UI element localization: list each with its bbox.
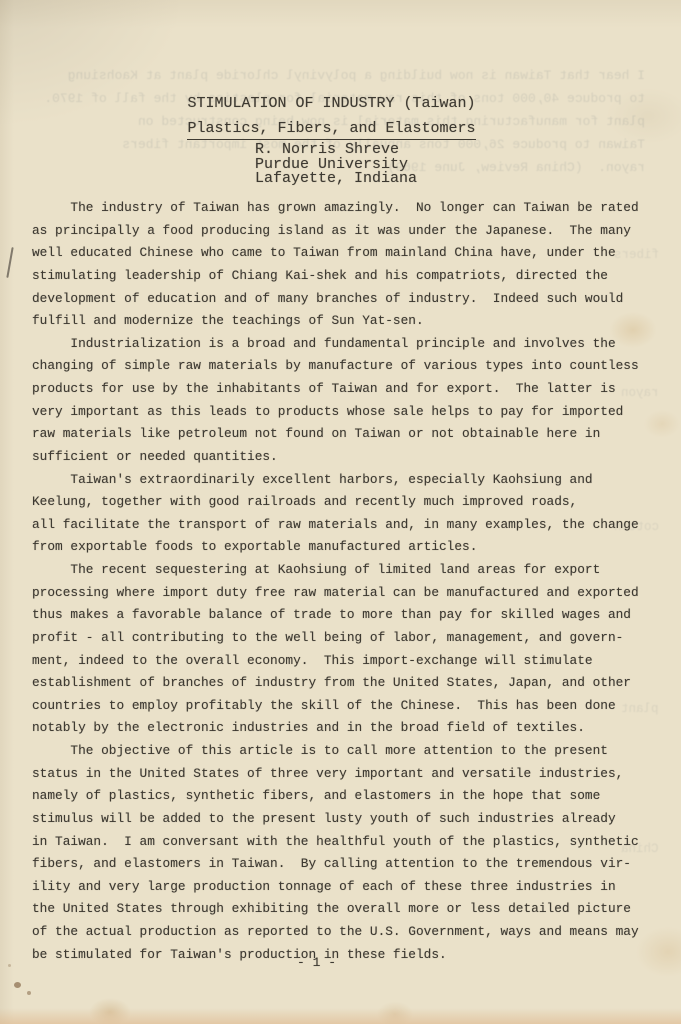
- bleedthrough-line: I hear that Taiwan is now building a pol…: [42, 68, 645, 83]
- body-line: of the actual production as reported to …: [32, 921, 665, 944]
- body-line: sufficient or needed quantities.: [32, 446, 665, 469]
- body-line: stimulating leadership of Chiang Kai-she…: [32, 265, 665, 288]
- paragraph-2: Industrialization is a broad and fundame…: [32, 333, 665, 469]
- paragraph-1: The industry of Taiwan has grown amazing…: [32, 197, 665, 333]
- body-line: products for use by the inhabitants of T…: [32, 378, 665, 401]
- body-line: the United States through exhibiting the…: [32, 898, 665, 921]
- ink-speck: [27, 991, 31, 995]
- scanned-document-page: I hear that Taiwan is now building a pol…: [0, 0, 681, 1024]
- body-line: stimulus will be added to the present lu…: [32, 808, 665, 831]
- body-line: namely of plastics, synthetic fibers, an…: [32, 785, 665, 808]
- body-line: raw materials like petroleum not found o…: [32, 423, 665, 446]
- body-line: status in the United States of three ver…: [32, 763, 665, 786]
- body-line: development of education and of many bra…: [32, 288, 665, 311]
- body-line: countries to employ profitably the skill…: [32, 695, 665, 718]
- document-subtitle: Plastics, Fibers, and Elastomers: [0, 120, 663, 137]
- body-line: well educated Chinese who came to Taiwan…: [32, 242, 665, 265]
- body-line: establishment of branches of industry fr…: [32, 672, 665, 695]
- body-line: Keelung, together with good railroads an…: [32, 491, 665, 514]
- body-line: notably by the electronic industries and…: [32, 717, 665, 740]
- body-line: processing where import duty free raw ma…: [32, 582, 665, 605]
- author-location: Lafayette, Indiana: [255, 172, 417, 187]
- body-line: in Taiwan. I am conversant with the heal…: [32, 831, 665, 854]
- body-line: Taiwan's extraordinarily excellent harbo…: [32, 469, 665, 492]
- subtitle-underlined-text: Plastics, Fibers, and Elastomers: [187, 120, 475, 140]
- document-title: STIMULATION OF INDUSTRY (Taiwan): [0, 95, 663, 112]
- paragraph-3: Taiwan's extraordinarily excellent harbo…: [32, 469, 665, 560]
- page-number: - 1 -: [0, 955, 633, 971]
- document-body: The industry of Taiwan has grown amazing…: [32, 197, 665, 966]
- ink-speck: [14, 982, 21, 988]
- ink-speck: [8, 964, 11, 967]
- body-line: all facilitate the transport of raw mate…: [32, 514, 665, 537]
- body-line: ment, indeed to the overall economy. Thi…: [32, 650, 665, 673]
- body-line: fibers, and elastomers in Taiwan. By cal…: [32, 853, 665, 876]
- page-bottom-edge-shading: [0, 1008, 681, 1024]
- body-line: Industrialization is a broad and fundame…: [32, 333, 665, 356]
- pencil-mark: [6, 247, 13, 278]
- author-block: R. Norris Shreve Purdue University Lafay…: [255, 143, 417, 187]
- body-line: very important as this leads to products…: [32, 401, 665, 424]
- body-line: as principally a food producing island a…: [32, 220, 665, 243]
- body-line: The recent sequestering at Kaohsiung of …: [32, 559, 665, 582]
- body-line: changing of simple raw materials by manu…: [32, 355, 665, 378]
- body-line: ility and very large production tonnage …: [32, 876, 665, 899]
- paragraph-4: The recent sequestering at Kaohsiung of …: [32, 559, 665, 740]
- body-line: The industry of Taiwan has grown amazing…: [32, 197, 665, 220]
- body-line: profit - all contributing to the well be…: [32, 627, 665, 650]
- body-line: fulfill and modernize the teachings of S…: [32, 310, 665, 333]
- body-line: The objective of this article is to call…: [32, 740, 665, 763]
- paragraph-5: The objective of this article is to call…: [32, 740, 665, 966]
- body-line: from exportable foods to exportable manu…: [32, 536, 665, 559]
- body-line: thus makes a favorable balance of trade …: [32, 604, 665, 627]
